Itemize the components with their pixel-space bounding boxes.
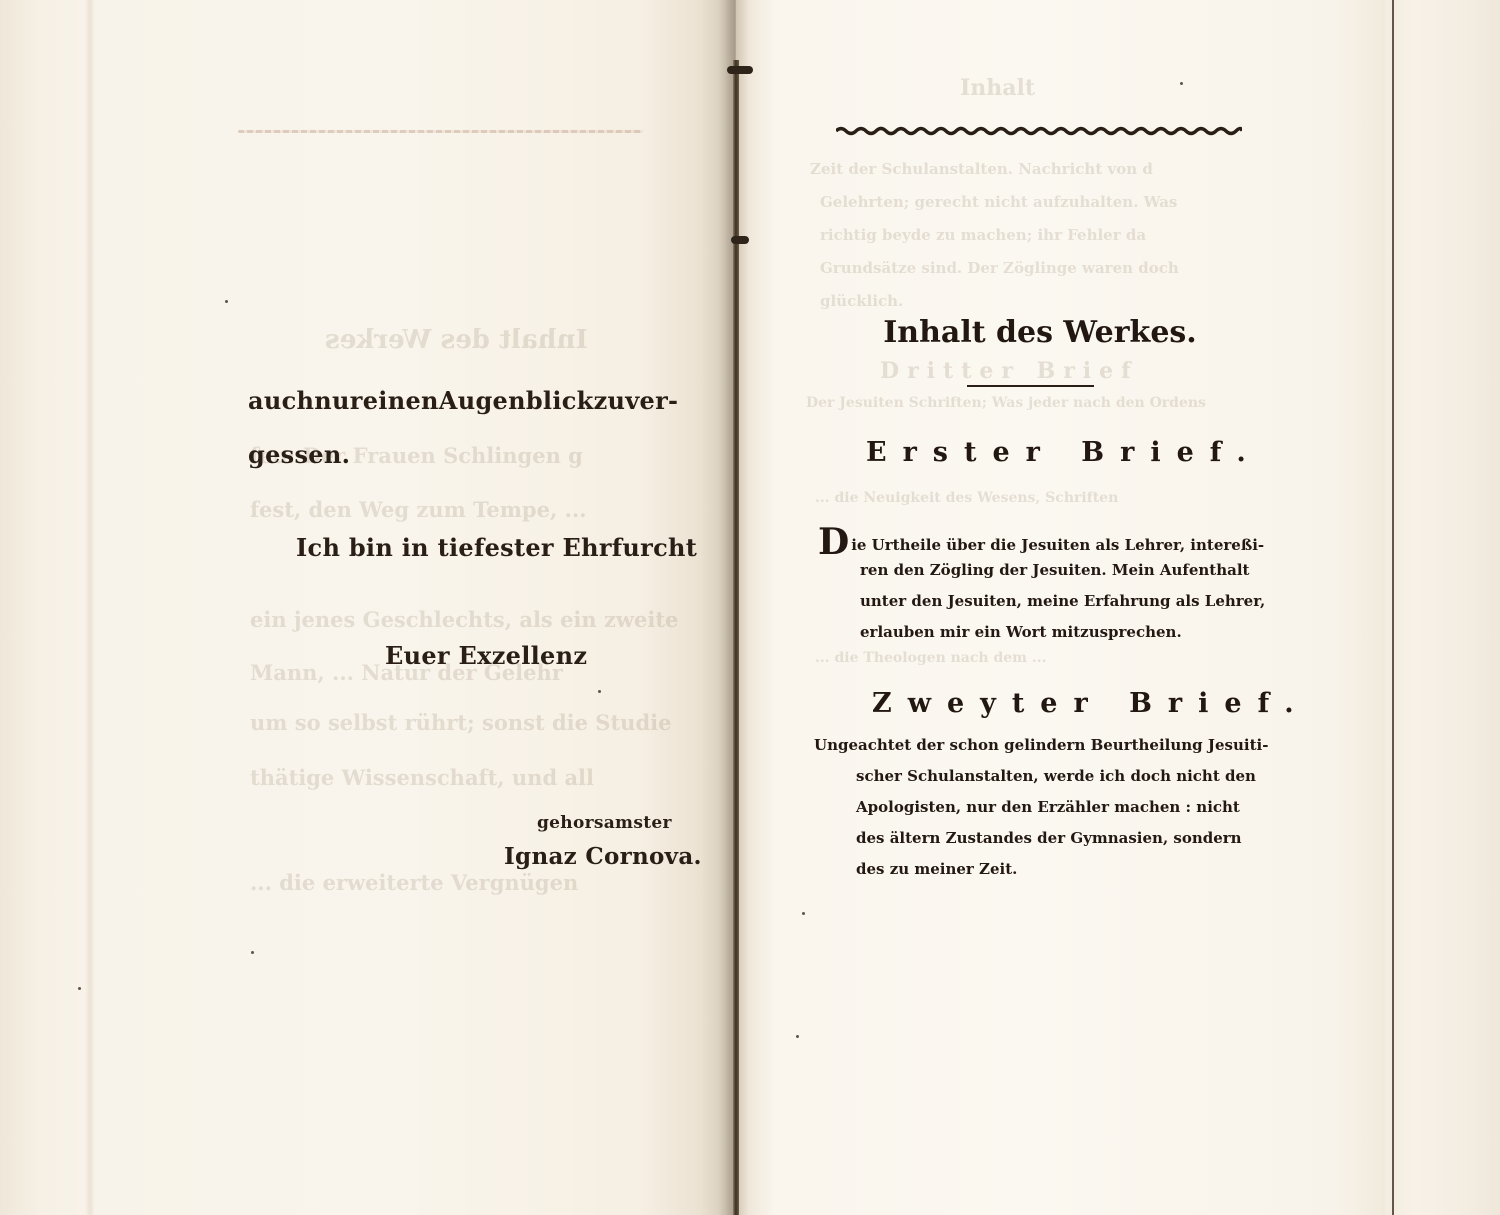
faint-header-rule [238, 130, 643, 133]
text-line: des zu meiner Zeit. [856, 854, 1240, 885]
text-line: ren den Zögling der Jesuiten. Mein Aufen… [860, 555, 1240, 586]
paper-speck [78, 987, 81, 990]
text-line: erlauben mir ein Wort mitzusprechen. [860, 617, 1240, 648]
binding-stitch [731, 236, 749, 244]
page-title: Inhalt des Werkes. [880, 315, 1200, 350]
word: zu [594, 386, 626, 415]
text-line: scher Schulanstalten, werde ich doch nic… [856, 761, 1240, 792]
paper-speck [1180, 82, 1183, 85]
page-edge-line [1392, 0, 1394, 1215]
left-page [0, 0, 735, 1215]
paper-speck [598, 690, 601, 693]
word: ver- [625, 386, 678, 415]
word: Augenblick [439, 386, 594, 415]
text-line: Apologisten, nur den Erzähler machen : n… [856, 792, 1240, 823]
binding-stitch [727, 66, 753, 74]
paper-speck [251, 951, 254, 954]
text-line: unter den Jesuiten, meine Erfahrung als … [860, 586, 1240, 617]
text-line: Ungeachtet der schon gelindern Beurtheil… [814, 730, 1240, 761]
drop-cap: D [818, 521, 849, 563]
text-line: des ältern Zustandes der Gymnasien, sond… [856, 823, 1240, 854]
open-book-spread: Inhalt des Werkes feu: Der Frauen Schlin… [0, 0, 1500, 1215]
next-page-edge [1385, 0, 1500, 1215]
paper-speck [802, 912, 805, 915]
word: einen [363, 386, 439, 415]
paper-speck [796, 1035, 799, 1038]
section-summary-second-letter: Ungeachtet der schon gelindern Beurtheil… [814, 730, 1240, 885]
section-summary-first-letter: Die Urtheile über die Jesuiten als Lehre… [818, 524, 1240, 648]
signature-name: Ignaz Cornova. [504, 843, 702, 870]
word: auch [248, 386, 314, 415]
section-heading-first-letter: Erster Brief. [866, 437, 1262, 468]
word: nur [314, 386, 362, 415]
paper-speck [225, 300, 228, 303]
salutation: Euer Exzellenz [385, 641, 587, 670]
text-line: gessen. [248, 440, 350, 469]
wavy-ornamental-rule [836, 124, 1242, 138]
title-rule [967, 385, 1094, 387]
left-page-fold-shadow [85, 0, 95, 1215]
book-gutter [733, 60, 739, 1215]
closing-line: Ich bin in tiefester Ehrfurcht [296, 533, 697, 562]
text-line: auch nur einen Augenblick zu ver- [248, 386, 660, 415]
text-line: Die Urtheile über die Jesuiten als Lehre… [818, 524, 1240, 555]
signature-prefix: gehorsamster [537, 813, 672, 833]
section-heading-second-letter: Zweyter Brief. [872, 688, 1310, 719]
